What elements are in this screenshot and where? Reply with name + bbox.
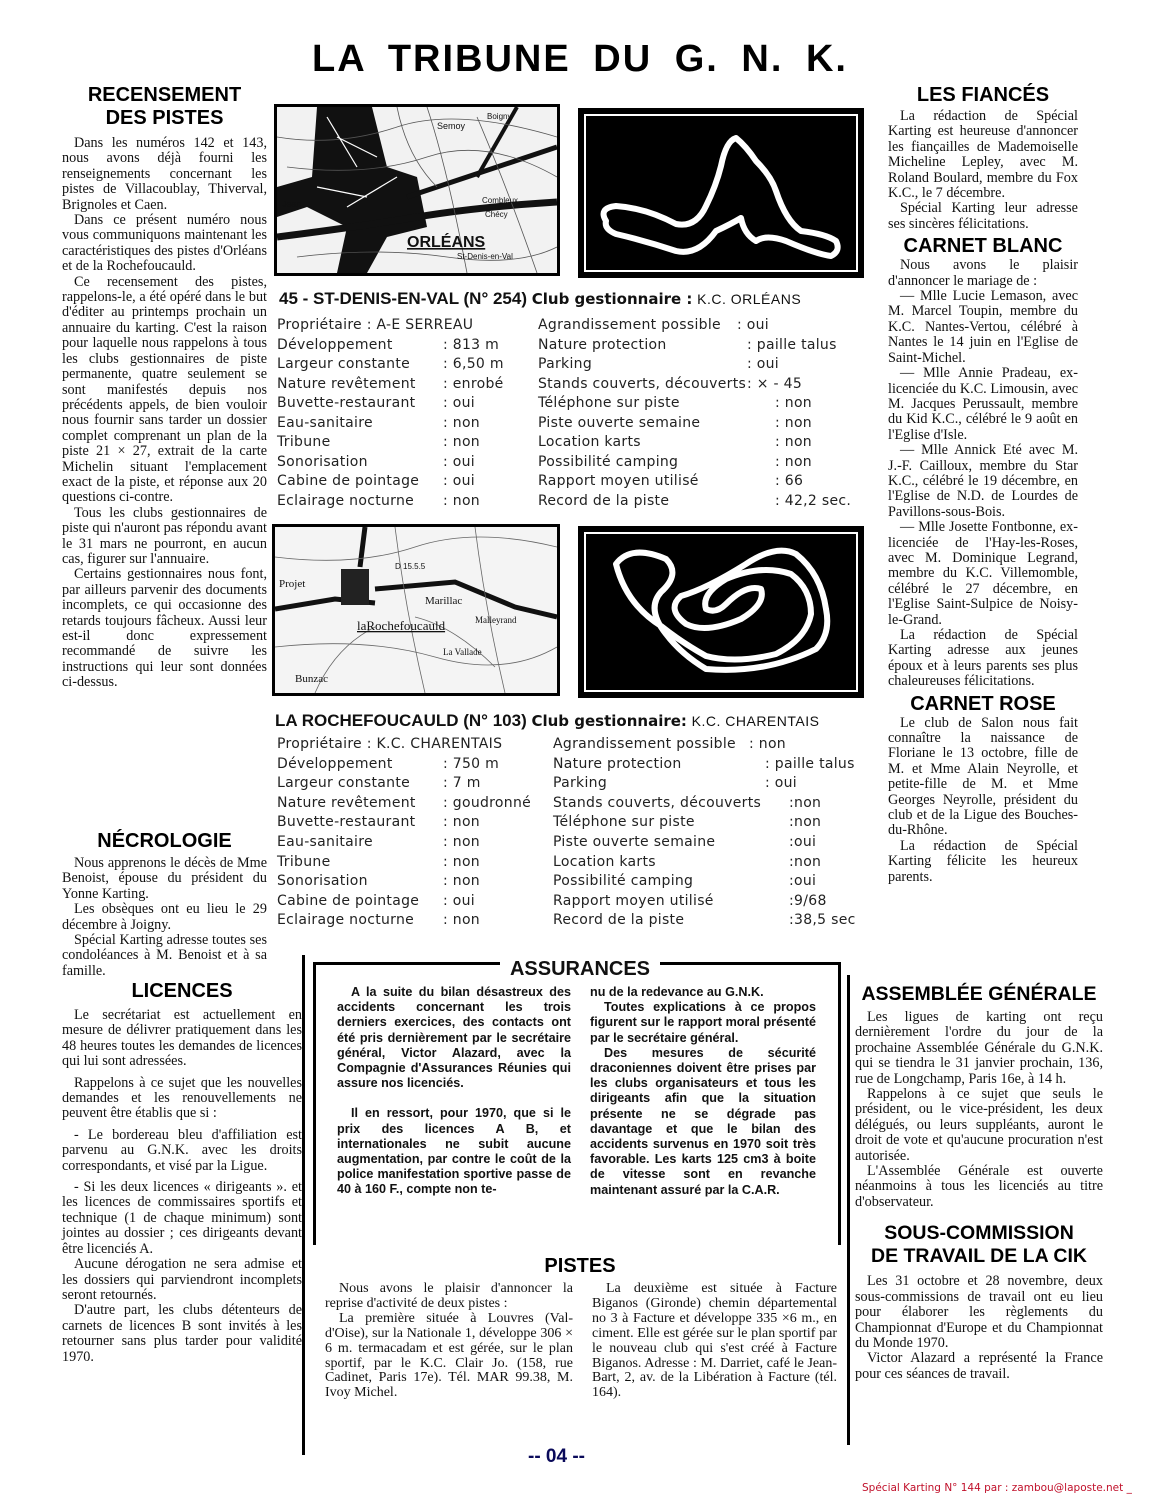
necrologie-article: NÉCROLOGIE Nous apprenons le décès de Mm… bbox=[62, 830, 267, 979]
svg-text:Combleux: Combleux bbox=[482, 196, 518, 205]
cik-heading: SOUS-COMMISSION DE TRAVAIL DE LA CIK bbox=[855, 1222, 1103, 1268]
rochefoucauld-map: Marillac Projet Bunzac Malleyrand La Val… bbox=[272, 524, 560, 696]
svg-text:Projet: Projet bbox=[279, 578, 305, 590]
right-column-lower: ASSEMBLÉE GÉNÉRALE Les ligues de karting… bbox=[855, 983, 1103, 1382]
track-2-title: LA ROCHEFOUCAULD (N° 103) Club gestionna… bbox=[275, 711, 819, 731]
recensement-body: Dans les numéros 142 et 143, nous avons … bbox=[62, 136, 267, 691]
pistes-col-1: Nous avons le plaisir d'annoncer la repr… bbox=[325, 1282, 573, 1401]
necrologie-heading: NÉCROLOGIE bbox=[62, 830, 267, 853]
svg-text:La Vallade: La Vallade bbox=[443, 647, 482, 657]
pistes-col-2: La deuxième est située à Facture Biganos… bbox=[592, 1282, 837, 1401]
pistes-heading: PISTES bbox=[500, 1255, 660, 1278]
st-denis-track-layout bbox=[578, 108, 864, 278]
orleans-map: Semoy Boigny Combleux Chécy St-Denis-en-… bbox=[274, 104, 560, 276]
assurances-col-1: A la suite du bilan désastreux des accid… bbox=[337, 985, 571, 1198]
track-2-specs: Propriétaire : K.C. CHARENTAISAgrandisse… bbox=[277, 736, 877, 936]
svg-text:Jean: Jean bbox=[282, 199, 302, 209]
svg-text:laRochefoucauld: laRochefoucauld bbox=[357, 618, 446, 633]
fiances-heading: LES FIANCÉS bbox=[888, 84, 1078, 107]
assemblee-heading: ASSEMBLÉE GÉNÉRALE bbox=[855, 983, 1103, 1006]
svg-text:ORLÉANS: ORLÉANS bbox=[407, 232, 486, 251]
column-divider bbox=[847, 975, 850, 1445]
carnet-rose-heading: CARNET ROSE bbox=[888, 693, 1078, 716]
rochefoucauld-track-layout bbox=[578, 526, 864, 698]
svg-text:Malleyrand: Malleyrand bbox=[475, 615, 517, 625]
track-1-title: 45 - ST-DENIS-EN-VAL (N° 254) Club gesti… bbox=[279, 289, 801, 309]
svg-text:Marillac: Marillac bbox=[425, 595, 462, 607]
licences-article: LICENCES Le secrétariat est actuellement… bbox=[62, 980, 302, 1365]
track-1-specs: Propriétaire : A-E SERREAUAgrandissement… bbox=[277, 317, 867, 517]
right-column: LES FIANCÉS La rédaction de Spécial Kart… bbox=[888, 84, 1078, 885]
svg-text:Semoy: Semoy bbox=[437, 121, 466, 131]
recensement-article: RECENSEMENT DES PISTES Dans les numéros … bbox=[62, 84, 267, 691]
track-outline-icon bbox=[586, 534, 858, 688]
page-title: LA TRIBUNE DU G. N. K. bbox=[300, 38, 860, 81]
svg-text:St-Denis-en-Val: St-Denis-en-Val bbox=[457, 252, 513, 261]
svg-text:Chécy: Chécy bbox=[485, 210, 508, 219]
svg-text:D 15.5.5: D 15.5.5 bbox=[395, 562, 426, 571]
track-outline-icon bbox=[586, 116, 858, 266]
svg-text:Bunzac: Bunzac bbox=[295, 673, 328, 685]
recensement-heading: RECENSEMENT DES PISTES bbox=[62, 84, 267, 130]
svg-text:Boigny: Boigny bbox=[487, 112, 511, 121]
assurances-col-2: nu de la redevance au G.N.K. Toutes expl… bbox=[590, 985, 816, 1198]
map-illustration-icon: Marillac Projet Bunzac Malleyrand La Val… bbox=[275, 527, 557, 693]
column-divider bbox=[302, 955, 305, 1455]
map-illustration-icon: Semoy Boigny Combleux Chécy St-Denis-en-… bbox=[277, 107, 557, 273]
carnet-blanc-heading: CARNET BLANC bbox=[888, 235, 1078, 258]
assurances-heading: ASSURANCES bbox=[500, 958, 660, 981]
footer-credit: Spécial Karting N° 144 par : zambou@lapo… bbox=[862, 1482, 1132, 1494]
page-number: -- 04 -- bbox=[528, 1446, 585, 1468]
licences-heading: LICENCES bbox=[62, 980, 302, 1003]
